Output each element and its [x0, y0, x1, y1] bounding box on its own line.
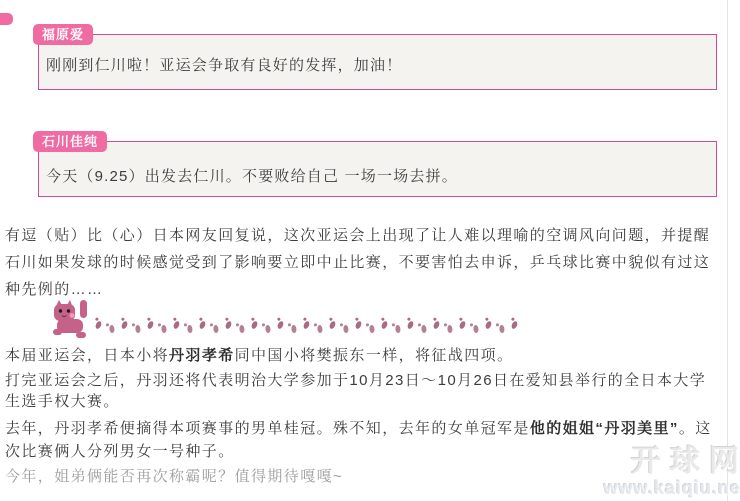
- watermark-site-url: www.kaiqiu.net: [604, 477, 740, 499]
- paw-print-icon: [94, 320, 102, 329]
- paw-print-icon: [343, 325, 349, 333]
- text-segment: 去年，丹羽孝希便摘得本项赛事的男单桂冠。殊不知，去年的女单冠军是: [5, 420, 530, 437]
- paw-print-icon: [146, 320, 154, 329]
- paw-print-icon: [369, 325, 375, 333]
- paw-print-icon: [187, 325, 193, 333]
- paw-print-icon: [380, 320, 388, 329]
- text-segment: 本届亚运会，日本小将: [5, 347, 169, 364]
- article-page: { "page": { "background": "#ffffff", "ac…: [0, 0, 740, 501]
- quote-author-tag: 石川佳纯: [33, 131, 107, 152]
- paw-print-icon: [484, 320, 492, 329]
- page-right-border: [727, 0, 728, 501]
- quote-box-fukuhara-ai: 福原爱 刚刚到仁川啦！亚运会争取有良好的发挥，加油！: [38, 34, 717, 90]
- paw-print-icon: [198, 320, 206, 329]
- paw-print-icon: [447, 325, 453, 333]
- paw-print-icon: [213, 325, 219, 333]
- quote-author-tag: 福原爱: [33, 24, 93, 45]
- paw-print-icon: [135, 325, 141, 333]
- paw-print-icon: [250, 320, 258, 329]
- paragraph-netizen-reply: 有逗（贴）比（心）日本网友回复说，这次亚运会上出现了让人难以理喻的空调风向问题，…: [5, 222, 720, 303]
- paw-print-icon: [161, 325, 167, 333]
- content-area: 福原爱 刚刚到仁川啦！亚运会争取有良好的发挥，加油！ 石川佳纯 今天（9.25）…: [0, 0, 740, 501]
- bold-player-name: 丹羽孝希: [169, 347, 235, 364]
- paw-print-icon: [224, 320, 232, 329]
- paw-print-icon: [510, 320, 518, 329]
- paw-print-icon: [239, 325, 245, 333]
- paw-print-icon: [499, 325, 505, 333]
- quote-text: 今天（9.25）出发去仁川。不要败给自己 一场一场去拼。: [46, 165, 458, 186]
- pink-cat-icon: [52, 299, 90, 339]
- paw-print-icon: [328, 320, 336, 329]
- quote-box-ishikawa-kasumi: 石川佳纯 今天（9.25）出发去仁川。不要败给自己 一场一场去拼。: [38, 141, 717, 197]
- paw-print-icon: [109, 325, 115, 333]
- paw-print-icon: [406, 320, 414, 329]
- paw-print-icon: [291, 325, 297, 333]
- paw-prints-row: [96, 321, 525, 329]
- paw-print-icon: [421, 325, 427, 333]
- quote-text: 刚刚到仁川啦！亚运会争取有良好的发挥，加油！: [46, 54, 402, 75]
- bold-sister-name: 他的姐姐“丹羽美里”: [530, 420, 679, 437]
- paw-print-icon: [276, 320, 284, 329]
- paw-print-icon: [120, 320, 128, 329]
- watermark: 开球网 www.kaiqiu.net: [604, 447, 740, 499]
- paragraph-university-game: 打完亚运会之后，丹羽还将代表明治大学参加于10月23日～10月26日在爱知县举行…: [5, 370, 720, 412]
- paw-print-icon: [458, 320, 466, 329]
- watermark-site-name: 开球网: [604, 447, 740, 477]
- paw-print-icon: [317, 325, 323, 333]
- paw-print-icon: [395, 325, 401, 333]
- paw-print-icon: [432, 320, 440, 329]
- paw-print-icon: [473, 325, 479, 333]
- paw-print-icon: [302, 320, 310, 329]
- paw-print-icon: [354, 320, 362, 329]
- paw-print-icon: [265, 325, 271, 333]
- clipped-tag-decoration: [0, 13, 13, 25]
- paw-print-icon: [172, 320, 180, 329]
- text-segment: 同中国小将樊振东一样，将征战四项。: [235, 347, 514, 364]
- paragraph-niwa-events: 本届亚运会，日本小将丹羽孝希同中国小将樊振东一样，将征战四项。: [5, 342, 720, 369]
